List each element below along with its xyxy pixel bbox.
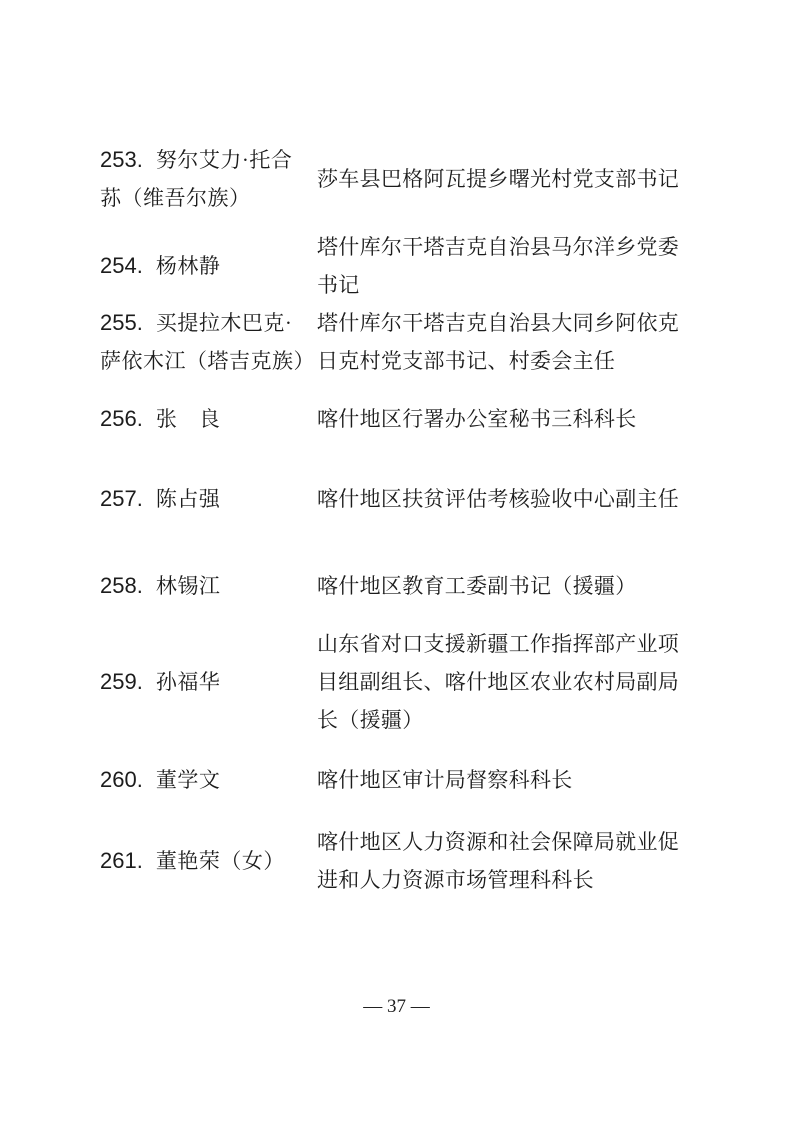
entry-number: 254. — [100, 253, 143, 278]
entry-number-name: 258.林锡江 — [100, 567, 317, 605]
entry-number-name: 253.努尔艾力·托合荪（维吾尔族） — [100, 141, 317, 217]
entry-name: 董学文 — [156, 768, 221, 792]
entry-title: 喀什地区教育工委副书记（援疆） — [317, 567, 699, 605]
awardee-list: 253.努尔艾力·托合荪（维吾尔族） 莎车县巴格阿瓦提乡曙光村党支部书记 254… — [100, 0, 700, 899]
entry-number: 261. — [100, 848, 143, 873]
entry-title: 喀什地区扶贫评估考核验收中心副主任 — [317, 480, 699, 518]
list-item: 258.林锡江 喀什地区教育工委副书记（援疆） — [100, 567, 700, 605]
entry-number-name: 261.董艳荣（女） — [100, 842, 317, 880]
entry-number-name: 256.张 良 — [100, 400, 317, 438]
entry-number: 255. — [100, 310, 143, 335]
entry-number-name: 255.买提拉木巴克·萨依木江（塔吉克族） — [100, 304, 317, 380]
entry-number: 258. — [100, 573, 143, 598]
entry-name: 董艳荣（女） — [156, 849, 285, 873]
list-item: 260.董学文 喀什地区审计局督察科科长 — [100, 761, 700, 799]
entry-name: 张 良 — [156, 407, 221, 431]
list-item: 261.董艳荣（女） 喀什地区人力资源和社会保障局就业促进和人力资源市场管理科科… — [100, 823, 700, 899]
entry-title: 莎车县巴格阿瓦提乡曙光村党支部书记 — [317, 160, 699, 198]
entry-name: 杨林静 — [156, 254, 221, 278]
entry-title: 塔什库尔干塔吉克自治县马尔洋乡党委书记 — [317, 228, 699, 304]
entry-number: 260. — [100, 767, 143, 792]
entry-number: 256. — [100, 406, 143, 431]
list-item: 259.孙福华 山东省对口支援新疆工作指挥部产业项目组副组长、喀什地区农业农村局… — [100, 625, 700, 739]
list-item: 253.努尔艾力·托合荪（维吾尔族） 莎车县巴格阿瓦提乡曙光村党支部书记 — [100, 141, 700, 217]
list-item: 256.张 良 喀什地区行署办公室秘书三科科长 — [100, 400, 700, 438]
list-item: 257.陈占强 喀什地区扶贫评估考核验收中心副主任 — [100, 480, 700, 518]
page-number: — 37 — — [0, 994, 793, 1020]
entry-number-name: 260.董学文 — [100, 761, 317, 799]
list-item: 255.买提拉木巴克·萨依木江（塔吉克族） 塔什库尔干塔吉克自治县大同乡阿依克日… — [100, 304, 700, 380]
entry-name: 孙福华 — [156, 670, 221, 694]
entry-number-name: 257.陈占强 — [100, 480, 317, 518]
entry-name: 陈占强 — [156, 487, 221, 511]
document-page: 253.努尔艾力·托合荪（维吾尔族） 莎车县巴格阿瓦提乡曙光村党支部书记 254… — [0, 0, 793, 1121]
entry-number: 253. — [100, 147, 143, 172]
entry-title: 山东省对口支援新疆工作指挥部产业项目组副组长、喀什地区农业农村局副局长（援疆） — [317, 625, 699, 739]
entry-number-name: 259.孙福华 — [100, 663, 317, 701]
entry-number: 259. — [100, 669, 143, 694]
entry-title: 喀什地区审计局督察科科长 — [317, 761, 699, 799]
entry-number-name: 254.杨林静 — [100, 247, 317, 285]
entry-name: 林锡江 — [156, 574, 221, 598]
entry-title: 喀什地区行署办公室秘书三科科长 — [317, 400, 699, 438]
entry-title: 喀什地区人力资源和社会保障局就业促进和人力资源市场管理科科长 — [317, 823, 699, 899]
entry-title: 塔什库尔干塔吉克自治县大同乡阿依克日克村党支部书记、村委会主任 — [317, 304, 699, 380]
entry-number: 257. — [100, 486, 143, 511]
list-item: 254.杨林静 塔什库尔干塔吉克自治县马尔洋乡党委书记 — [100, 228, 700, 304]
